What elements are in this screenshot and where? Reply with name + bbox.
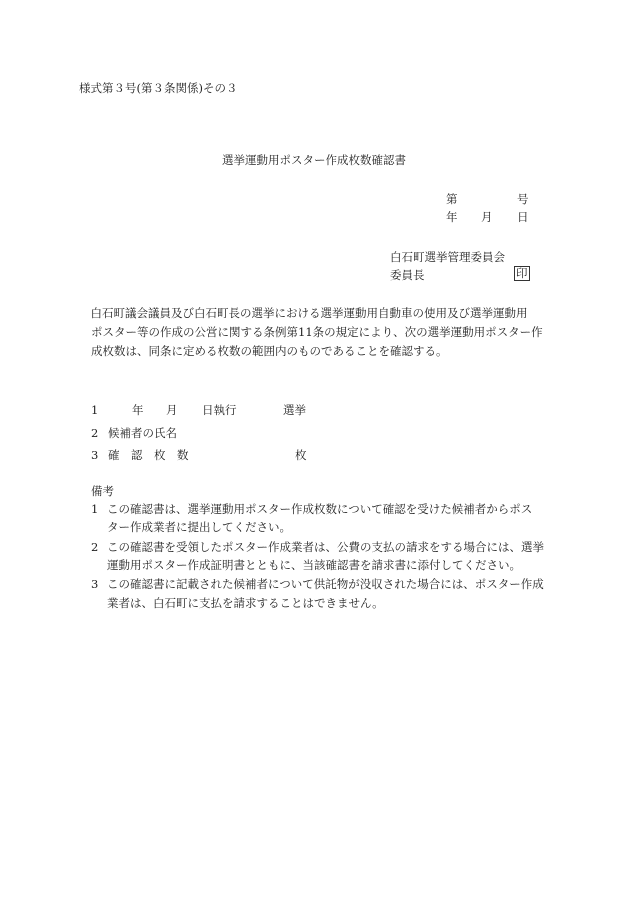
notes-heading: 備考 <box>91 484 114 498</box>
item-1-day: 日執行 <box>202 403 237 417</box>
note-1-num: 1 <box>91 502 98 516</box>
item-3-unit: 枚 <box>295 448 307 462</box>
document-title: 選挙運動用ポスター作成枚数確認書 <box>222 153 406 167</box>
issuer-role: 委員長 <box>390 268 425 282</box>
body-line: 白石町議会議員及び白石町長の選挙における選挙運動用自動車の使用及び選挙運動用 <box>79 306 528 320</box>
note-2-line: この確認書を受領したポスター作成業者は、公費の支払の請求をする場合には、選挙 <box>107 540 544 554</box>
number-suffix: 号 <box>517 192 529 206</box>
item-1-election: 選挙 <box>283 403 306 417</box>
date-year: 年 <box>446 210 458 224</box>
note-1-line: この確認書は、選挙運動用ポスター作成枚数について確認を受けた候補者からポス <box>107 502 532 516</box>
number-prefix: 第 <box>446 192 458 206</box>
form-label: 様式第３号(第３条関係)その３ <box>79 81 237 95</box>
body-line: 成枚数は、同条に定める枚数の範囲内のものであることを確認する。 <box>91 344 448 358</box>
date-month: 月 <box>481 210 493 224</box>
item-2-label: 候補者の氏名 <box>108 426 177 440</box>
note-3-num: 3 <box>91 577 98 591</box>
item-3-label: 確 認 枚 数 <box>108 448 189 462</box>
seal-box: 印 <box>514 266 530 281</box>
issuer-org: 白石町選挙管理委員会 <box>390 250 505 264</box>
item-2-num: 2 <box>91 426 98 440</box>
note-1-line: ター作成業者に提出してください。 <box>107 520 291 534</box>
body-line: ポスター等の作成の公営に関する条例第11条の規定により、次の選挙運動用ポスター作 <box>91 325 543 339</box>
seal-icon: 印 <box>514 266 530 281</box>
date-day: 日 <box>517 210 529 224</box>
note-3-line: この確認書に記載された候補者について供託物が没収された場合には、ポスター作成 <box>107 577 544 591</box>
item-1-num: 1 <box>91 403 98 417</box>
item-3-num: 3 <box>91 448 98 462</box>
item-1-year: 年 <box>132 403 144 417</box>
note-3-line: 業者は、白石町に支払を請求することはできません。 <box>107 596 384 610</box>
item-1-month: 月 <box>166 403 178 417</box>
note-2-num: 2 <box>91 540 98 554</box>
note-2-line: 運動用ポスター作成証明書とともに、当該確認書を請求書に添付してください。 <box>107 558 521 572</box>
